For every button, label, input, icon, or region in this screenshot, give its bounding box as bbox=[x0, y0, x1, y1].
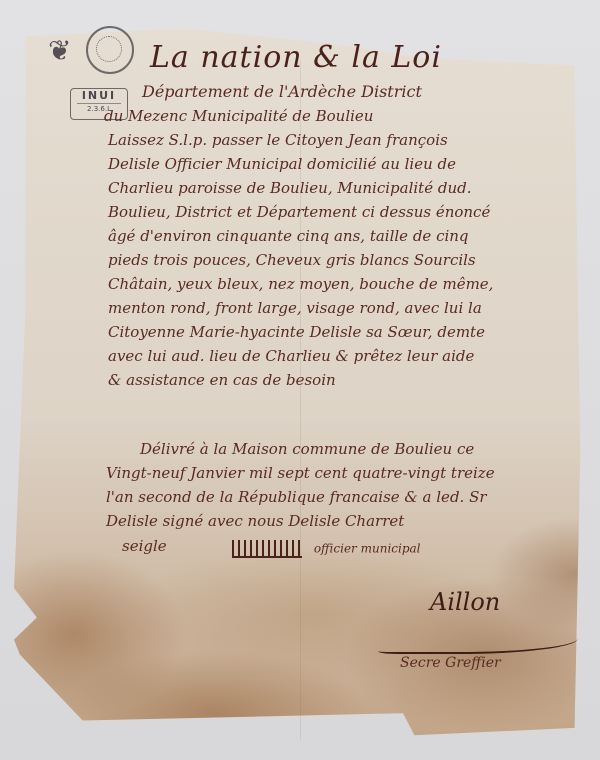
closing-paragraph: Délivré à la Maison commune de Boulieu c… bbox=[100, 437, 590, 533]
closing-line: l'an second de la République francaise &… bbox=[106, 485, 590, 509]
closing-line: Delisle signé avec nous Delisle Charret bbox=[106, 509, 590, 533]
body-line: Citoyenne Marie-hyacinte Delisle sa Sœur… bbox=[108, 320, 590, 344]
body-line: âgé d'environ cinquante cinq ans, taille… bbox=[108, 224, 590, 248]
signature-mark-icon bbox=[232, 540, 302, 558]
body-line: du Mezenc Municipalité de Boulieu bbox=[104, 104, 590, 128]
fleur-de-lis-seal-icon bbox=[86, 26, 134, 74]
body-line: Charlieu paroisse de Boulieu, Municipali… bbox=[108, 176, 590, 200]
signature-right-title: Secre Greffier bbox=[400, 655, 501, 671]
body-line: Laissez S.l.p. passer le Citoyen Jean fr… bbox=[108, 128, 590, 152]
body-line: Boulieu, District et Département ci dess… bbox=[108, 200, 590, 224]
document-body: Département de l'Ardèche District du Mez… bbox=[100, 80, 590, 392]
body-line: Châtain, yeux bleux, nez moyen, bouche d… bbox=[108, 272, 590, 296]
closing-line: Délivré à la Maison commune de Boulieu c… bbox=[140, 437, 590, 461]
signature-left-title: officier municipal bbox=[314, 542, 421, 556]
body-line: pieds trois pouces, Cheveux gris blancs … bbox=[108, 248, 590, 272]
closing-line: Vingt-neuf Janvier mil sept cent quatre-… bbox=[106, 461, 590, 485]
signature-left: officier municipal bbox=[232, 540, 421, 558]
body-line: avec lui aud. lieu de Charlieu & prêtez … bbox=[108, 344, 590, 368]
body-line: & assistance en cas de besoin bbox=[108, 368, 590, 392]
signature-right-name: Aillon bbox=[430, 588, 500, 616]
body-line: Département de l'Ardèche District bbox=[142, 80, 590, 104]
document-heading: La nation & la Loi bbox=[150, 40, 442, 75]
signature-left-word: seigle bbox=[122, 534, 167, 558]
body-line: menton rond, front large, visage rond, a… bbox=[108, 296, 590, 320]
body-line: Delisle Officier Municipal domicilié au … bbox=[108, 152, 590, 176]
